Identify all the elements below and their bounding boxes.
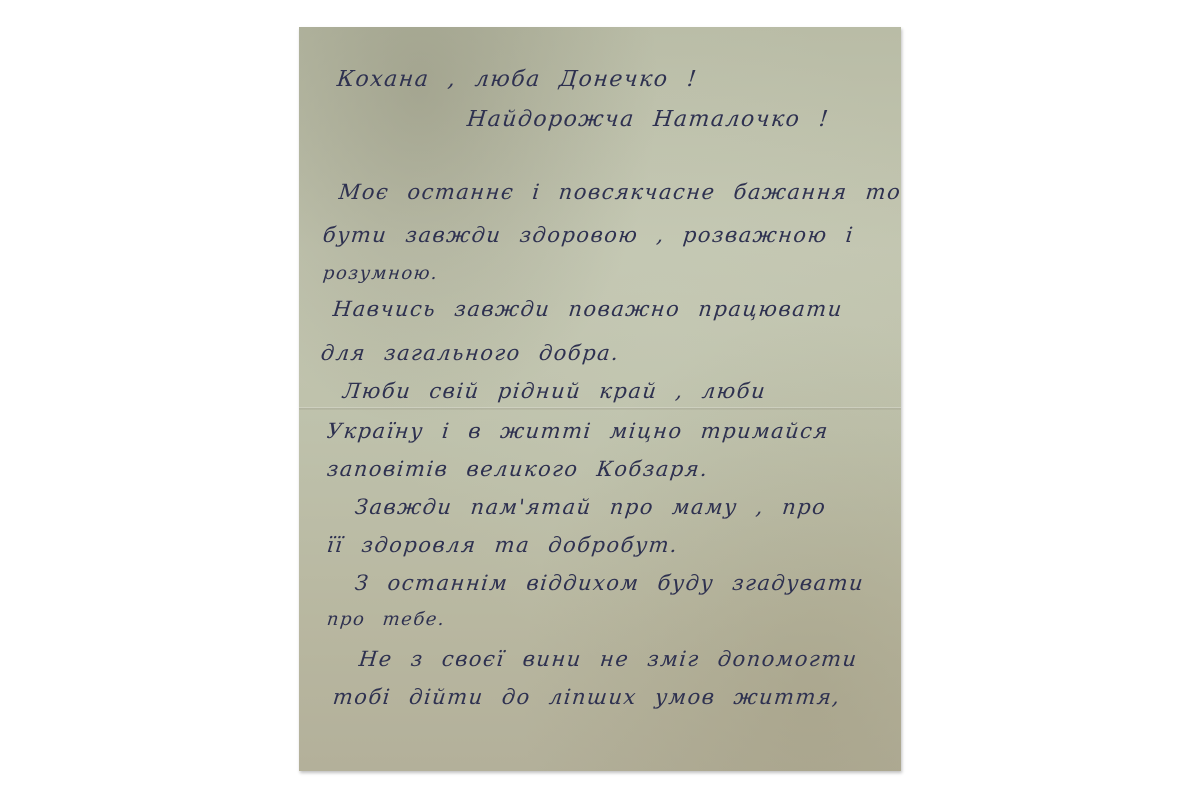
viewer-stage: Кохана , люба Донечко ! Найдорожча Натал… (0, 0, 1200, 800)
body-line-10: її здоровля та добробут. (326, 533, 680, 557)
paper-fold-crease (299, 407, 901, 410)
body-line-14: тобі дійти до ліпших умов життя, (332, 685, 842, 709)
letter-page: Кохана , люба Донечко ! Найдорожча Натал… (299, 27, 901, 771)
body-line-9: Завжди пам'ятай про маму , про (354, 495, 828, 519)
body-line-11: З останнім віддихом буду згадувати (354, 571, 866, 595)
body-line-4: Навчись завжди поважно працювати (332, 297, 844, 321)
body-line-3: розумною. (322, 263, 440, 284)
body-line-2: бути завжди здоровою , розважною і (322, 223, 856, 247)
salutation-line-2: Найдорожча Наталочко ! (466, 107, 831, 132)
body-line-5: для загального добра. (320, 341, 621, 365)
body-line-13: Не з своєї вини не зміг допомогти (358, 647, 859, 671)
salutation-line-1: Кохана , люба Донечко ! (336, 67, 699, 92)
body-line-12: про тебе. (326, 609, 446, 630)
body-line-1: Моє останнє і повсякчасне бажання тобі (338, 180, 901, 204)
body-line-6: Люби свій рідний край , люби (342, 379, 768, 403)
body-line-7: Україну і в житті міцно тримайся (326, 419, 830, 443)
body-line-8: заповітів великого Кобзаря. (326, 457, 710, 481)
